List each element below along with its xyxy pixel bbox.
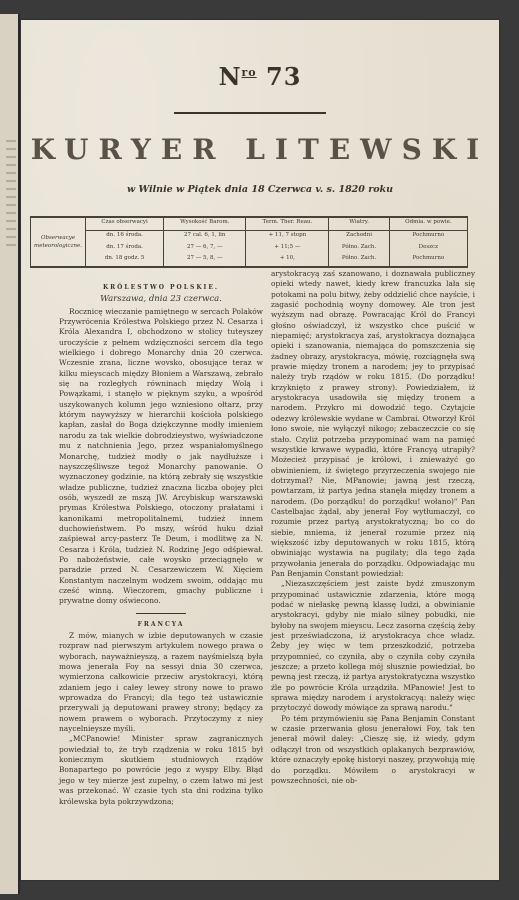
article-quote: „Niezaszczęściem jest zaiste bydź zmuszo… [271,579,475,713]
weather-header-barometer: Wysokość Barom. [164,218,246,230]
weather-cell: Pochmurno [389,254,467,266]
weather-cell: + 11;5 — [246,243,329,255]
weather-cell: 27 — 5, 8, — [164,254,246,266]
weather-header-winds: Wiatry. [329,218,389,230]
weather-cell: dn. 18 godz. 5 [86,254,164,266]
section-dateline-warszawa: Warszawa, dnia 23 czerwca. [59,294,263,304]
right-column: arystokracyą zaś szanowano, i doznawała … [271,269,475,786]
weather-header-sky: Odmia. w powie. [389,218,467,230]
article-paragraph: Po tém przymówieniu się Pana Benjamin Co… [271,714,475,786]
weather-row: dn. 17 środa. 27 — 6, 7, — + 11;5 — Półn… [31,243,468,255]
weather-header-time: Czas obserwacyi [86,218,164,230]
weather-cell: Zachodni [329,230,389,242]
issue-number: Nro 73 [21,62,499,91]
weather-cell: 27 cal. 6, 1, lin [164,230,246,242]
weather-header-thermometer: Term. Ther. Reau. [246,218,329,230]
left-column: KRÓLESTWO POLSKIE. Warszawa, dnia 23 cze… [59,283,263,807]
previous-page-edge [0,14,20,894]
weather-table-label: Obserwacye meteorologiczne. [31,218,86,266]
weather-row: dn. 16 środa. 27 cal. 6, 1, lin + 11, 7 … [31,230,468,242]
article-paragraph: arystokracyą zaś szanowano, i doznawała … [271,269,475,579]
previous-page-text-fragments [6,134,16,252]
section-title-krolestwo-polskie: KRÓLESTWO POLSKIE. [59,283,263,293]
weather-cell: Półno. Zach. [329,254,389,266]
weather-cell: Pochmurno [389,230,467,242]
weather-observation-table: Obserwacye meteorologiczne. Czas obserwa… [30,216,468,268]
section-title-francya: FRANCYA [59,620,263,630]
issue-number-prefix: N [219,62,242,91]
masthead-rule [174,112,326,114]
newspaper-page: Nro 73 KURYER LITEWSKI w Wilnie w Piątek… [21,20,499,880]
section-divider [136,613,186,614]
weather-cell: + 10, [246,254,329,266]
article-paragraph: Z mów, mianych w izbie deputowanych w cz… [59,631,263,734]
weather-cell: Półno. Zach. [329,243,389,255]
weather-cell: Deszcz [389,243,467,255]
newspaper-title: KURYER LITEWSKI [21,133,499,166]
issue-number-value: 73 [266,62,301,91]
article-quote: „MCPanowie! Minister spraw zagranicznych… [59,734,263,806]
weather-cell: dn. 16 środa. [86,230,164,242]
issue-dateline: w Wilnie w Piątek dnia 18 Czerwca v. s. … [21,184,499,195]
weather-cell: dn. 17 środa. [86,243,164,255]
weather-row: dn. 18 godz. 5 27 — 5, 8, — + 10, Półno.… [31,254,468,266]
weather-cell: 27 — 6, 7, — [164,243,246,255]
issue-number-suffix: ro [242,66,257,79]
weather-cell: + 11, 7 stopn [246,230,329,242]
article-paragraph: Rocznicę wieczanie pamiętnego w sercach … [59,307,263,607]
